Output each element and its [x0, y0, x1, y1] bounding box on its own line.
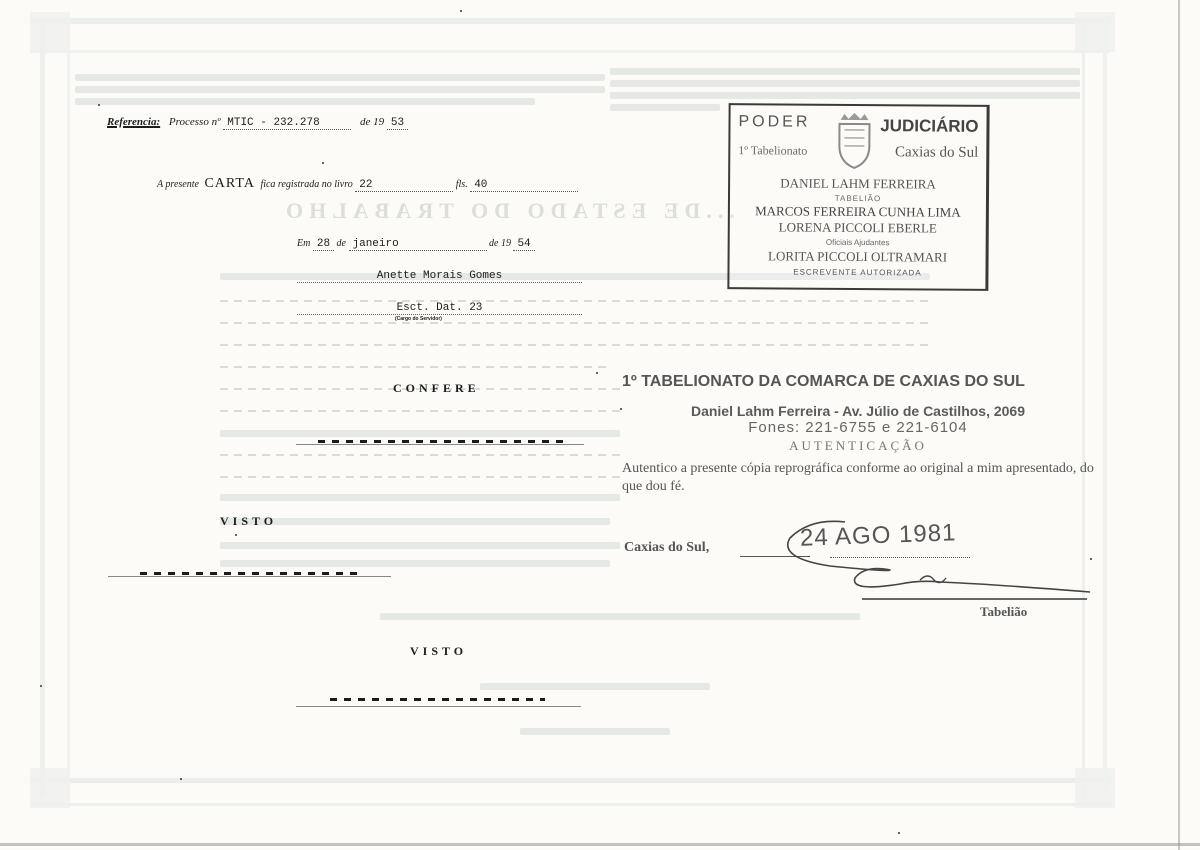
date-de: de — [337, 238, 346, 249]
ghost-dash-line — [220, 322, 930, 324]
scan-speck — [180, 778, 182, 780]
ghost-dash-line — [220, 410, 620, 412]
ghost-text-line — [480, 683, 710, 690]
ghost-text-line — [220, 494, 620, 501]
stamp-title-1: TABELIÃO — [730, 193, 986, 204]
stamp-name-3: LORENA PICCOLI EBERLE — [730, 219, 986, 237]
reference-label: Referencia: — [107, 116, 160, 128]
confere-heading: CONFERE — [393, 381, 480, 396]
visto-2-signature-dashes — [330, 698, 545, 701]
scan-speck — [898, 832, 900, 834]
signatory-role-caption: (Cargo do Servidor) — [395, 316, 442, 322]
stamp-judiciario: JUDICIÁRIO — [880, 116, 978, 137]
ghost-text-line — [520, 728, 670, 735]
stamp-title-2: Oficiais Ajudantes — [730, 237, 986, 248]
scan-speck — [322, 162, 324, 164]
stamp-city: Caxias do Sul — [895, 144, 978, 162]
date-day: 28 — [313, 238, 334, 251]
stamp-name-2: MARCOS FERREIRA CUNHA LIMA — [730, 203, 986, 221]
scan-speck — [235, 534, 237, 536]
registration-middle: fica registrada no livro — [260, 179, 352, 190]
ghost-dash-line — [220, 366, 610, 368]
authentication-block: 1º TABELIONATO DA COMARCA DE CAXIAS DO S… — [622, 373, 1094, 496]
registration-carta: CARTA — [204, 176, 255, 191]
scan-speck — [596, 372, 598, 374]
confere-signature-dashes — [318, 440, 568, 443]
ghost-text-line — [380, 613, 860, 620]
ghost-text-line — [610, 68, 1080, 75]
visto-heading-1: VISTO — [220, 514, 277, 529]
ghost-text-line — [75, 86, 605, 93]
process-prefix: Processo nº — [169, 116, 221, 128]
decorative-frame-left — [40, 18, 70, 798]
frame-corner-ornament — [30, 768, 70, 808]
ghost-text-line — [220, 518, 610, 525]
ghost-text-line — [610, 80, 1080, 87]
scan-speck — [620, 408, 622, 410]
registration-folio-label: fls. — [456, 179, 468, 190]
frame-corner-ornament — [1075, 12, 1115, 52]
notary-office-name: 1º TABELIONATO DA COMARCA DE CAXIAS DO S… — [622, 373, 1094, 391]
reference-line: Referencia: Processo nº MTIC - 232.278 d… — [107, 116, 408, 130]
notary-phones: Fones: 221-6755 e 221-6104 — [622, 419, 1094, 436]
scan-speck — [98, 104, 100, 106]
decorative-frame-top — [30, 18, 1110, 53]
visto-heading-2: VISTO — [410, 644, 467, 659]
ghost-text-line — [220, 542, 620, 549]
ghost-dash-line — [220, 344, 930, 346]
registration-folio: 40 — [470, 179, 578, 192]
ghost-text-line — [220, 560, 610, 567]
tabeliao-label: Tabelião — [980, 604, 1027, 620]
registration-line: A presente CARTA fica registrada no livr… — [157, 176, 578, 192]
date-year: 54 — [513, 238, 534, 251]
visto-1-signature-line — [108, 576, 391, 577]
decorative-frame-bottom — [30, 778, 1110, 806]
frame-corner-ornament — [1075, 768, 1115, 808]
ghost-dash-line — [220, 476, 620, 478]
authentication-title: AUTENTICAÇÃO — [622, 438, 1094, 454]
date-line: Em 28 de janeiro de 19 54 — [297, 238, 535, 251]
stamp-title-3: ESCREVENTE AUTORIZADA — [729, 267, 985, 278]
visto-2-signature-line — [296, 706, 581, 707]
ghost-heading: ...DE ESTADO DO TRABALHO — [280, 198, 735, 224]
authentication-text: Autentico a presente cópia reprográfica … — [622, 460, 1094, 496]
registration-book: 22 — [355, 179, 453, 192]
stamp-name-1: DANIEL LAHM FERREIRA — [730, 175, 986, 193]
ghost-text-line — [610, 92, 1080, 99]
visto-1-signature-dashes — [140, 572, 362, 575]
tabeliao-signature-line — [862, 598, 1087, 600]
signatory-role: Esct. Dat. 23 — [297, 302, 582, 315]
scan-speck — [1090, 558, 1092, 560]
date-month: janeiro — [349, 238, 487, 251]
notary-stamp: PODER JUDICIÁRIO 1º Tabelionato Caxias d… — [727, 103, 989, 291]
ghost-text-line — [610, 104, 720, 111]
confere-signature-line — [296, 444, 584, 445]
stamp-name-4: LORITA PICCOLI OLTRAMARI — [730, 248, 986, 266]
scan-edge-right — [1178, 0, 1180, 850]
ghost-text-line — [75, 98, 535, 105]
scan-speck — [460, 10, 462, 12]
document-page: ...DE ESTADO DO TRABALHO Referencia: Pro… — [0, 0, 1200, 850]
signatory-name: Anette Morais Gomes — [297, 270, 582, 283]
handwritten-signature-icon — [770, 510, 1100, 610]
coat-of-arms-icon — [834, 112, 874, 172]
process-number: MTIC - 232.278 — [223, 117, 351, 130]
reference-year-prefix: de 19 — [360, 116, 384, 128]
authentication-city: Caxias do Sul, — [624, 540, 709, 556]
date-prefix: Em — [297, 238, 310, 249]
ghost-dash-line — [220, 454, 620, 456]
stamp-poder: PODER — [738, 113, 810, 132]
ghost-text-line — [75, 74, 605, 81]
registration-prefix: A presente — [157, 179, 199, 190]
notary-address: Daniel Lahm Ferreira - Av. Júlio de Cast… — [622, 403, 1094, 419]
stamp-tabelionato: 1º Tabelionato — [738, 143, 807, 158]
date-year-prefix: de 19 — [489, 238, 511, 249]
reference-year: 53 — [387, 117, 408, 130]
ghost-text-line — [220, 430, 620, 437]
scan-edge-bottom — [0, 843, 1200, 846]
scan-speck — [40, 685, 42, 687]
frame-corner-ornament — [30, 12, 70, 52]
